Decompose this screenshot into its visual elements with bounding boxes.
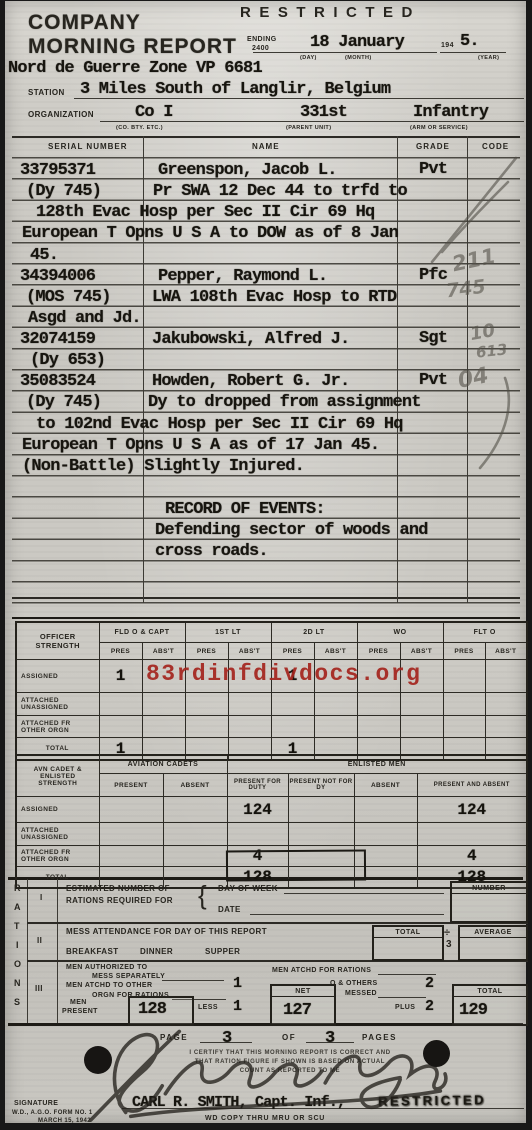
cell — [271, 716, 314, 738]
ledger-header-name: NAME — [252, 142, 280, 151]
enlisted-attached-unassigned-row: ATTACHED UNASSIGNED — [16, 823, 527, 846]
org-service-sublabel: (ARM OR SERVICE) — [410, 125, 468, 131]
rations-letter: N — [14, 978, 21, 988]
plus-label: PLUS — [395, 1004, 415, 1011]
rations-total-value: 129 — [459, 1001, 487, 1020]
group-wo: WO — [357, 622, 443, 643]
entry-remark: to 102nd Evac Hosp per Sec II Cir 69 Hq — [36, 415, 403, 434]
date-blank — [250, 903, 444, 915]
row-label-attached-other: ATTACHED FR OTHER ORGN — [16, 716, 99, 738]
enlisted-assigned-row: ASSIGNED 124 124 — [16, 797, 527, 823]
cell — [185, 693, 228, 716]
pres-header: PRES — [443, 643, 485, 660]
ending-label: ENDING — [247, 36, 277, 43]
cell — [357, 716, 400, 738]
cell — [357, 693, 400, 716]
abst-header: ABS'T — [485, 643, 527, 660]
cell — [288, 797, 354, 823]
serial-number: 33795371 — [20, 161, 95, 180]
abst-header: ABS'T — [142, 643, 185, 660]
rations-letter: O — [14, 959, 21, 969]
assigned-fldo-pres: 1 — [99, 660, 142, 693]
pres-header: PRES — [357, 643, 400, 660]
number-box-label: NUMBER — [452, 883, 526, 894]
rations-letter: S — [14, 997, 20, 1007]
entry-remark: Asgd and Jd. — [28, 309, 141, 328]
men-present-value: 128 — [138, 1000, 166, 1019]
supper-label: SUPPER — [205, 947, 240, 956]
form-title-line1: COMPANY — [28, 11, 141, 35]
group-aviation-cadets: AVIATION CADETS — [99, 755, 227, 774]
year-preprint: 194 — [441, 42, 454, 49]
entry-remark: (Non-Battle) Slightly Injured. — [22, 457, 304, 476]
officer-strength-table: OFFICER STRENGTH FLD O & CAPT 1ST LT 2D … — [15, 621, 528, 761]
cell — [314, 716, 357, 738]
serial-number: 35083524 — [20, 372, 95, 391]
abst-header: ABS'T — [314, 643, 357, 660]
org-parent-sublabel: (PARENT UNIT) — [286, 125, 331, 131]
rations-letter: R — [14, 883, 21, 893]
present-label: PRESENT — [62, 1008, 98, 1015]
cell — [400, 693, 443, 716]
signature-scrawl — [69, 1019, 461, 1126]
estimated-rations-label1: ESTIMATED NUMBER OF — [66, 884, 170, 893]
rations-numeral-1: I — [40, 893, 43, 902]
cell — [485, 716, 527, 738]
plus-value: 2 — [425, 998, 433, 1015]
pres-header: PRES — [99, 643, 142, 660]
month-sublabel: (MONTH) — [345, 55, 372, 61]
site-watermark: 83rdinfdivdocs.org — [146, 661, 421, 687]
row-label-attached-other: ATTACHED FR OTHER ORGN — [16, 846, 99, 867]
signature-label: SIGNATURE — [14, 1100, 58, 1107]
org-service-value: Infantry — [413, 103, 488, 122]
soldier-name: Jakubowski, Alfred J. — [152, 330, 349, 349]
men-atchd-for-rations-label: MEN ATCHD FOR RATIONS — [272, 967, 371, 974]
others-messed-value: 2 — [425, 975, 433, 992]
cell — [288, 823, 354, 846]
cell — [354, 797, 417, 823]
cell — [163, 846, 227, 867]
ledger-header-serial: SERIAL NUMBER — [48, 142, 128, 151]
others-messed-label2: MESSED — [345, 990, 377, 997]
pres-header: PRES — [185, 643, 228, 660]
date-label: DATE — [218, 905, 241, 914]
serial-number: 34394006 — [20, 267, 95, 286]
cadets-present-header: PRESENT — [99, 774, 163, 797]
cell — [485, 693, 527, 716]
atchd-other-label2: ORGN FOR RATIONS — [92, 992, 169, 999]
cell — [228, 693, 271, 716]
entry-remark: European T Opns U S A to DOW as of 8 Jan — [22, 224, 398, 243]
org-unit-sublabel: (CO. BTY. ETC.) — [116, 125, 163, 131]
cell — [142, 716, 185, 738]
cell — [99, 716, 142, 738]
cell — [142, 693, 185, 716]
hole-punch-left — [84, 1046, 112, 1074]
cell — [314, 693, 357, 716]
mess-average-label: AVERAGE — [460, 927, 526, 938]
group-2d-lt: 2D LT — [271, 622, 357, 643]
row-label-assigned: ASSIGNED — [16, 660, 99, 693]
present-for-duty-header: PRESENT FOR DUTY — [227, 774, 288, 797]
soldier-name: Howden, Robert G. Jr. — [152, 372, 349, 391]
entry-remark: LWA 108th Evac Hosp to RTD — [152, 288, 396, 307]
group-fldo-capt: FLD O & CAPT — [99, 622, 185, 643]
cell — [271, 693, 314, 716]
divisor-three: 3 — [446, 939, 452, 950]
cell — [443, 660, 485, 693]
breakfast-label: BREAKFAST — [66, 947, 119, 956]
men-authorized-label1: MEN AUTHORIZED TO — [66, 964, 147, 971]
atchd-other-value: 1 — [233, 975, 241, 992]
estimated-rations-label2: RATIONS REQUIRED FOR — [66, 896, 173, 905]
entry-remark: Dy to dropped from assignment — [148, 393, 421, 412]
abst-header: ABS'T — [228, 643, 271, 660]
present-and-absent-header: PRESENT AND ABSENT — [417, 774, 527, 797]
less-label: LESS — [198, 1004, 218, 1011]
cell — [354, 823, 417, 846]
day-of-week-label: DAY OF WEEK — [218, 884, 278, 893]
cell — [185, 716, 228, 738]
year-value: 5. — [460, 32, 479, 51]
abst-header: ABS'T — [400, 643, 443, 660]
cell — [485, 660, 527, 693]
cell — [163, 823, 227, 846]
pres-header: PRES — [271, 643, 314, 660]
officer-attached-other-row: ATTACHED FR OTHER ORGN — [16, 716, 527, 738]
entry-remark: Pr SWA 12 Dec 44 to trfd to — [153, 182, 407, 201]
net-value: 127 — [283, 1001, 311, 1020]
officer-strength-title: OFFICER STRENGTH — [16, 622, 99, 660]
attached-other-present-and-absent: 4 — [417, 846, 527, 867]
soldier-name: Greenspon, Jacob L. — [158, 161, 337, 180]
record-of-events-title: RECORD OF EVENTS: — [165, 500, 325, 519]
rations-numeral-3: III — [35, 984, 43, 993]
zone-line: Nord de Guerre Zone VP 6681 — [8, 59, 262, 78]
cell — [99, 846, 163, 867]
rations-letter: T — [14, 921, 20, 931]
serial-number: 32074159 — [20, 330, 95, 349]
cell — [99, 823, 163, 846]
cell — [99, 797, 163, 823]
classification-banner: RESTRICTED — [240, 4, 421, 21]
mess-total-label: TOTAL — [374, 927, 442, 938]
row-label-assigned: ASSIGNED — [16, 797, 99, 823]
duty-code: (Dy 653) — [30, 351, 105, 370]
cadets-absent-header: ABSENT — [163, 774, 227, 797]
rations-letter: I — [16, 940, 19, 950]
scanned-morning-report: { "classification_top": "RESTRICTED", "h… — [0, 0, 532, 1130]
soldier-name: Pepper, Raymond L. — [158, 267, 327, 286]
row-label-attached-unassigned: ATTACHED UNASSIGNED — [16, 693, 99, 716]
assigned-present-and-absent: 124 — [417, 797, 527, 823]
report-date-value: 18 January — [310, 33, 404, 52]
ledger-top-rule — [12, 136, 520, 138]
rations-total-label: TOTAL — [454, 986, 526, 997]
station-value: 3 Miles South of Langlir, Belgium — [80, 80, 390, 99]
record-of-events-line: Defending sector of woods and — [155, 521, 428, 540]
group-flt-o: FLT O — [443, 622, 527, 643]
rations-letters-divider — [27, 879, 28, 1023]
enlisted-group-header-row: AVN CADET & ENLISTED STRENGTH AVIATION C… — [16, 755, 527, 774]
station-label: STATION — [28, 88, 65, 97]
duty-code: (Dy 745) — [26, 182, 101, 201]
pencil-scrawl-marks — [420, 140, 532, 480]
atchd-for-rations-blank — [378, 965, 436, 975]
row-label-attached-unassigned: ATTACHED UNASSIGNED — [16, 823, 99, 846]
mess-attendance-label: MESS ATTENDANCE FOR DAY OF THIS REPORT — [66, 927, 267, 936]
cell — [400, 716, 443, 738]
mess-total-box: TOTAL — [372, 925, 444, 961]
others-messed-blank — [378, 988, 426, 998]
dinner-label: DINNER — [140, 947, 173, 956]
hole-punch-right — [423, 1040, 450, 1067]
atchd-other-label1: MEN ATCHD TO OTHER — [66, 982, 152, 989]
cell — [228, 716, 271, 738]
group-enlisted-men: ENLISTED MEN — [227, 755, 527, 774]
cell — [443, 716, 485, 738]
hand-drawn-total-box — [226, 850, 366, 882]
group-1st-lt: 1ST LT — [185, 622, 271, 643]
form-title-line2: MORNING REPORT — [28, 35, 237, 59]
cell — [163, 797, 227, 823]
enlisted-strength-title: AVN CADET & ENLISTED STRENGTH — [16, 755, 99, 797]
rations-row-divider-2 — [27, 960, 528, 962]
officer-attached-unassigned-row: ATTACHED UNASSIGNED — [16, 693, 527, 716]
duty-code: (Dy 745) — [26, 393, 101, 412]
rations-numeral-2: II — [37, 936, 42, 945]
org-unit-value: Co I — [135, 103, 173, 122]
cell — [99, 693, 142, 716]
ending-time: 2400 — [252, 45, 269, 52]
entry-remark: European T Opns U S A as of 17 Jan 45. — [22, 436, 379, 455]
others-messed-label1: O & OTHERS — [330, 980, 378, 987]
ledger-double-rule — [12, 597, 520, 599]
mess-average-box: AVERAGE — [458, 925, 528, 961]
rations-numeral-divider — [57, 879, 58, 1023]
rations-letter: A — [14, 902, 21, 912]
section-divider — [12, 617, 520, 619]
present-not-for-duty-header: PRESENT NOT FOR DY — [288, 774, 354, 797]
entry-remark: 128th Evac Hosp per Sec II Cir 69 Hq — [36, 203, 374, 222]
absent-header: ABSENT — [354, 774, 417, 797]
brace-glyph: { — [198, 880, 207, 911]
men-authorized-label2: MESS SEPARATELY — [92, 973, 165, 980]
assigned-present-for-duty: 124 — [227, 797, 288, 823]
divide-sign: ÷ — [444, 927, 450, 939]
officer-group-header-row: OFFICER STRENGTH FLD O & CAPT 1ST LT 2D … — [16, 622, 527, 643]
duty-code: (MOS 745) — [26, 288, 111, 307]
day-sublabel: (DAY) — [300, 55, 317, 61]
number-box: NUMBER — [450, 881, 528, 923]
cell — [227, 823, 288, 846]
record-of-events-line: cross roads. — [155, 542, 268, 561]
cell — [417, 823, 527, 846]
mess-separately-blank — [162, 971, 224, 981]
organization-label: ORGANIZATION — [28, 110, 94, 119]
net-label: NET — [272, 986, 334, 997]
cell — [443, 693, 485, 716]
org-parent-value: 331st — [300, 103, 347, 122]
entry-remark: 45. — [30, 246, 58, 265]
less-value: 1 — [233, 998, 241, 1015]
year-sublabel: (YEAR) — [478, 55, 499, 61]
men-label: MEN — [70, 999, 87, 1006]
